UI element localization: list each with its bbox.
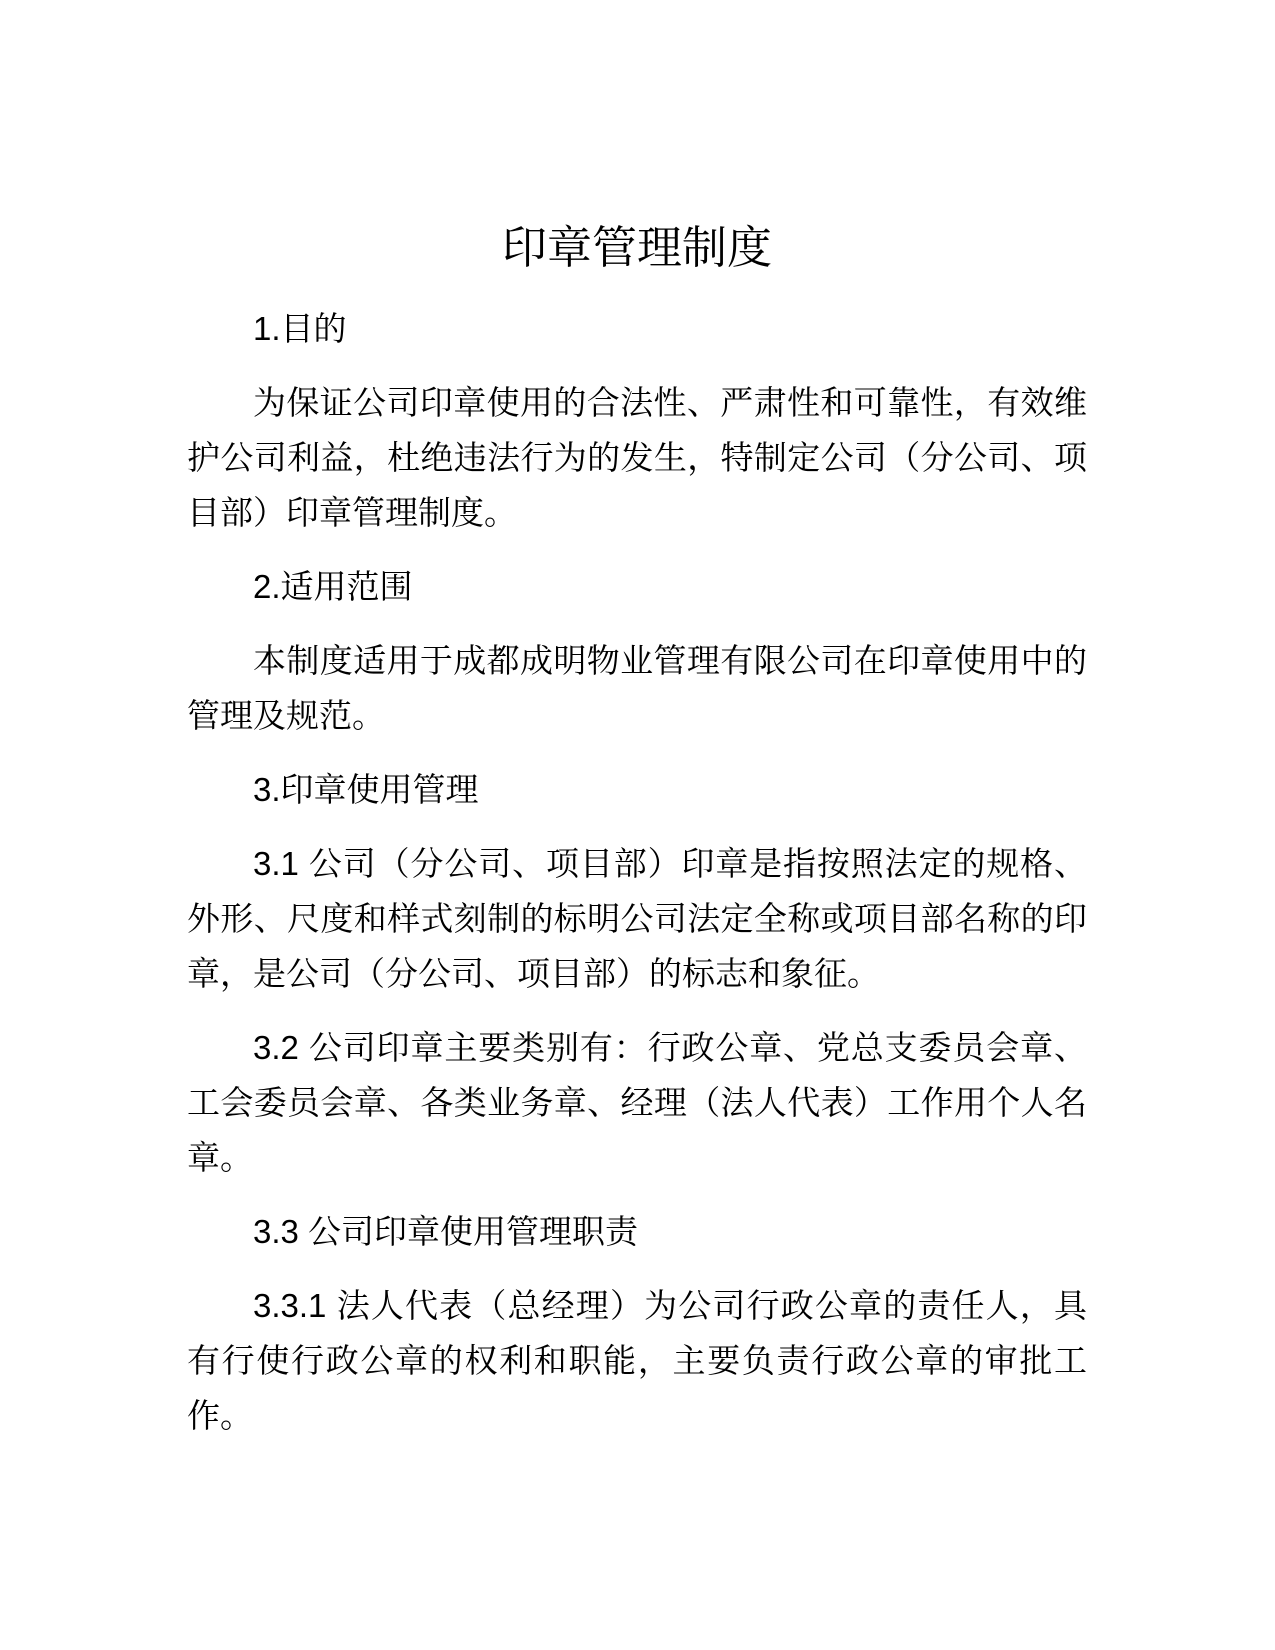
heading-scope: 2.适用范围 [187, 559, 1087, 614]
document-body: 1.目的 为保证公司印章使用的合法性、严肃性和可靠性，有效维护公司利益，杜绝违法… [187, 301, 1087, 1443]
document-page: 印章管理制度 1.目的 为保证公司印章使用的合法性、严肃性和可靠性，有效维护公司… [0, 0, 1275, 1650]
document-title: 印章管理制度 [187, 215, 1087, 281]
paragraph-3-3-1: 3.3.1 法人代表（总经理）为公司行政公章的责任人，具有行使行政公章的权利和职… [187, 1278, 1087, 1443]
heading-seal-usage-management: 3.印章使用管理 [187, 762, 1087, 817]
heading-3-3-responsibilities: 3.3 公司印章使用管理职责 [187, 1204, 1087, 1259]
paragraph-3-1: 3.1 公司（分公司、项目部）印章是指按照法定的规格、外形、尺度和样式刻制的标明… [187, 836, 1087, 1001]
paragraph-purpose-body: 为保证公司印章使用的合法性、严肃性和可靠性，有效维护公司利益，杜绝违法行为的发生… [187, 375, 1087, 540]
paragraph-scope-body: 本制度适用于成都成明物业管理有限公司在印章使用中的管理及规范。 [187, 633, 1087, 743]
heading-purpose: 1.目的 [187, 301, 1087, 356]
paragraph-3-2: 3.2 公司印章主要类别有：行政公章、党总支委员会章、工会委员会章、各类业务章、… [187, 1020, 1087, 1185]
